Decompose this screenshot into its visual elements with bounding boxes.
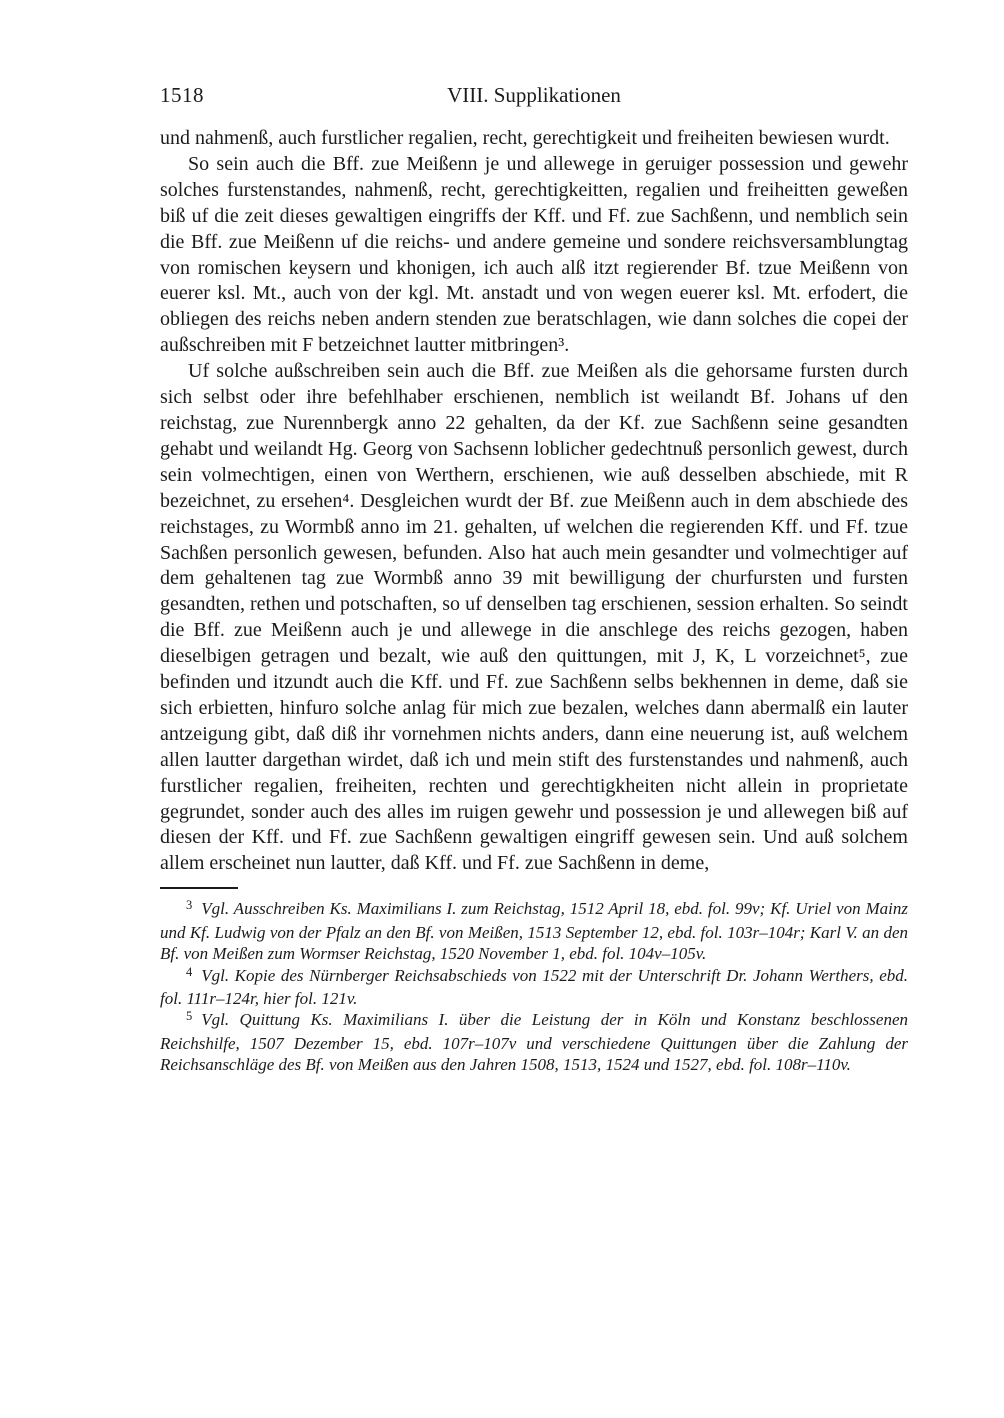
paragraph: Uf solche außschreiben sein auch die Bff…	[160, 359, 908, 877]
paragraph-continuation: und nahmenß, auch furstlicher regalien, …	[160, 126, 908, 152]
footnote-text: Vgl. Ausschreiben Ks. Maximilians I. zum…	[160, 899, 908, 963]
main-text: und nahmenß, auch furstlicher regalien, …	[160, 126, 908, 877]
footnote: 4Vgl. Kopie des Nürnberger Reichsabschie…	[160, 965, 908, 1010]
paragraph: So sein auch die Bff. zue Meißenn je und…	[160, 152, 908, 359]
book-page: 1518 VIII. Supplikationen und nahmenß, a…	[0, 0, 1004, 1418]
footnote-text: Vgl. Quittung Ks. Maximilians I. über di…	[160, 1010, 908, 1074]
footnote: 3Vgl. Ausschreiben Ks. Maximilians I. zu…	[160, 898, 908, 964]
running-head: VIII. Supplikationen	[160, 83, 908, 108]
footnote-separator	[160, 887, 238, 889]
footnote-marker: 5	[186, 1009, 192, 1023]
page-header: 1518 VIII. Supplikationen	[160, 83, 908, 109]
footnote-text: Vgl. Kopie des Nürnberger Reichsabschied…	[160, 966, 908, 1008]
footnote-marker: 4	[186, 965, 192, 979]
footnote-marker: 3	[186, 898, 192, 912]
footnote: 5Vgl. Quittung Ks. Maximilians I. über d…	[160, 1009, 908, 1075]
footnotes-section: 3Vgl. Ausschreiben Ks. Maximilians I. zu…	[160, 898, 908, 1075]
